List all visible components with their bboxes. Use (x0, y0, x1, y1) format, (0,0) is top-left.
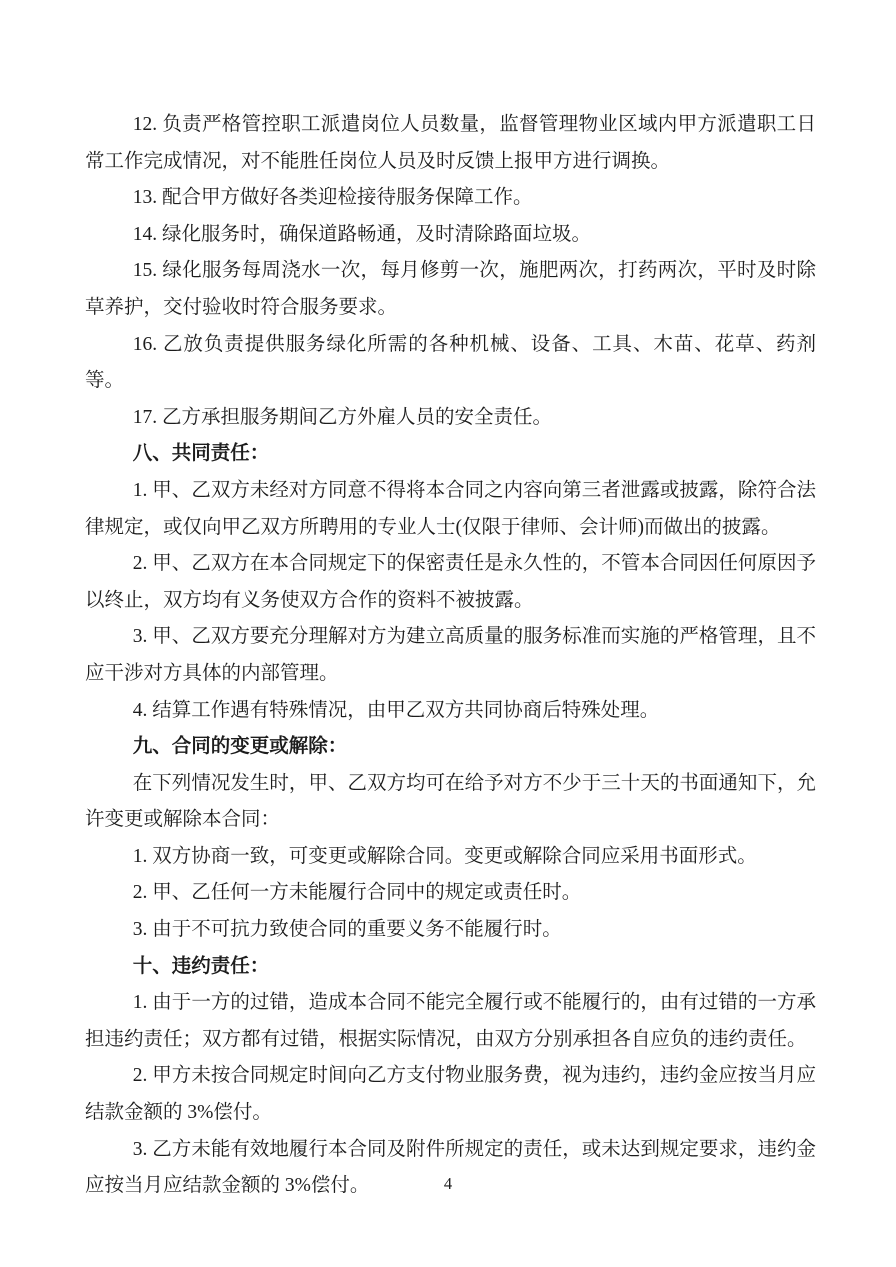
paragraph: 13. 配合甲方做好各类迎检接待服务保障工作。 (85, 180, 816, 217)
section-heading: 九、合同的变更或解除： (85, 729, 816, 766)
paragraph: 3. 甲、乙双方要充分理解对方为建立高质量的服务标准而实施的严格管理，且不应干涉… (85, 619, 816, 692)
paragraph: 2. 甲、乙任何一方未能履行合同中的规定或责任时。 (85, 875, 816, 912)
paragraph: 3. 由于不可抗力致使合同的重要义务不能履行时。 (85, 912, 816, 949)
paragraph: 1. 双方协商一致，可变更或解除合同。变更或解除合同应采用书面形式。 (85, 839, 816, 876)
section-heading: 八、共同责任： (85, 436, 816, 473)
paragraph: 1. 由于一方的过错，造成本合同不能完全履行或不能履行的，由有过错的一方承担违约… (85, 985, 816, 1058)
paragraph: 15. 绿化服务每周浇水一次，每月修剪一次，施肥两次，打药两次，平时及时除草养护… (85, 253, 816, 326)
page-number: 4 (0, 1172, 896, 1196)
paragraph: 16. 乙放负责提供服务绿化所需的各种机械、设备、工具、木苗、花草、药剂等。 (85, 327, 816, 400)
paragraph: 4. 结算工作遇有特殊情况，由甲乙双方共同协商后特殊处理。 (85, 693, 816, 730)
paragraph: 2. 甲方未按合同规定时间向乙方支付物业服务费，视为违约，违约金应按当月应结款金… (85, 1058, 816, 1131)
paragraph: 17. 乙方承担服务期间乙方外雇人员的安全责任。 (85, 400, 816, 437)
paragraph: 在下列情况发生时，甲、乙双方均可在给予对方不少于三十天的书面通知下，允许变更或解… (85, 766, 816, 839)
section-heading: 十、违约责任： (85, 949, 816, 986)
paragraph: 14. 绿化服务时，确保道路畅通，及时清除路面垃圾。 (85, 217, 816, 254)
document-body: 12. 负责严格管控职工派遣岗位人员数量，监督管理物业区域内甲方派遣职工日常工作… (85, 107, 816, 1205)
paragraph: 12. 负责严格管控职工派遣岗位人员数量，监督管理物业区域内甲方派遣职工日常工作… (85, 107, 816, 180)
document-page: 12. 负责严格管控职工派遣岗位人员数量，监督管理物业区域内甲方派遣职工日常工作… (0, 0, 896, 1267)
paragraph: 2. 甲、乙双方在本合同规定下的保密责任是永久性的，不管本合同因任何原因予以终止… (85, 546, 816, 619)
paragraph: 1. 甲、乙双方未经对方同意不得将本合同之内容向第三者泄露或披露，除符合法律规定… (85, 473, 816, 546)
